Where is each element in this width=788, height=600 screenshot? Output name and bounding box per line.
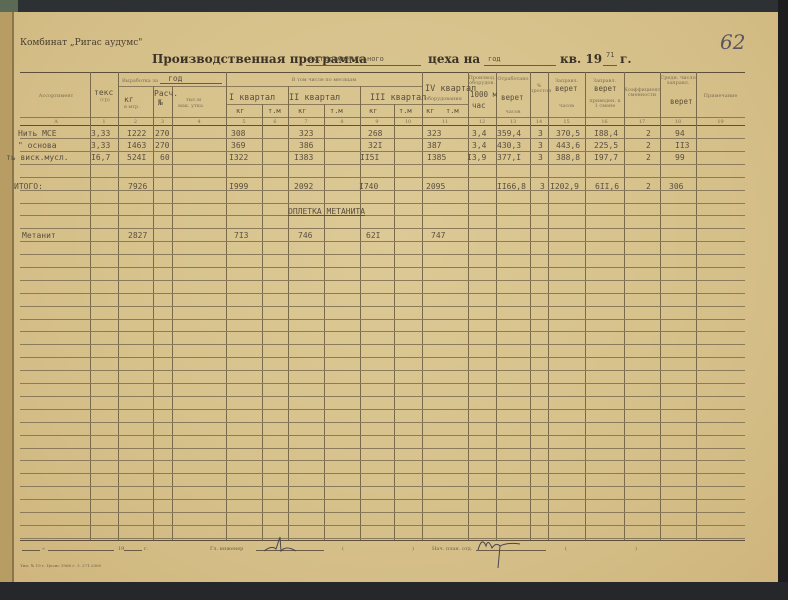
- row-1-q3: 268: [368, 129, 382, 138]
- total-kg: 7926: [128, 182, 147, 191]
- row-3-loaded2: I97,7: [594, 153, 618, 162]
- col-header-avg-count: Средн. число заправл.: [660, 76, 696, 86]
- col-header-calc-sub: №: [158, 98, 163, 107]
- dept-head-signature-icon: [474, 532, 524, 572]
- footer-paren-close-1: ): [412, 546, 414, 552]
- row-1-tex: 3,33: [91, 129, 110, 138]
- scanner-bottom-edge: [0, 582, 788, 600]
- col-header-avg-unit: верет: [670, 97, 693, 106]
- row-rule: [20, 435, 745, 436]
- row-2-coef: 2: [646, 141, 651, 150]
- row-rule: [20, 499, 745, 500]
- footer-dept-head-label: Нач. план. отд.: [432, 546, 472, 552]
- row-1-loaded: 370,5: [556, 129, 580, 138]
- col-header-pct: % простоя: [530, 84, 548, 94]
- row-3-worked: 377,I: [497, 153, 521, 162]
- row-1-kg: I222: [127, 129, 146, 138]
- section-row-kg: 2827: [128, 231, 147, 240]
- col-header-notes: Примечание: [696, 93, 745, 99]
- row-rule: [20, 228, 745, 229]
- row-2-prod: 3,4: [472, 141, 486, 150]
- title-mid: цеха на: [428, 52, 480, 66]
- title-end: г.: [620, 52, 632, 66]
- chief-engineer-signature-icon: [262, 535, 300, 557]
- footer-date-day-line: [22, 550, 40, 551]
- col-header-loaded2-unit: верет: [594, 84, 617, 93]
- col-divider: [262, 104, 263, 540]
- row-rule: [20, 164, 745, 165]
- footer-date-month-line: [48, 550, 114, 551]
- row-rule: [20, 331, 745, 332]
- footer-date-g: г.: [144, 546, 148, 552]
- row-1-pct: 3: [538, 129, 543, 138]
- row-2-kg: I463: [127, 141, 146, 150]
- kg-label-q4: кг: [426, 107, 434, 115]
- row-rule: [20, 319, 745, 320]
- quarters-group-line: [226, 86, 422, 87]
- col-number: 13: [496, 119, 530, 125]
- col-divider: [172, 86, 173, 540]
- print-note: Тип. № 19 г. Цесис 1968 г. З. 271 2000: [20, 563, 101, 568]
- row-3-prod: I3,9: [467, 153, 486, 162]
- row-1-q2: 323: [299, 129, 313, 138]
- col-divider: [394, 104, 395, 540]
- page-number: 62: [720, 30, 745, 54]
- row-rule: [20, 538, 745, 539]
- col-number: 6: [262, 119, 288, 125]
- section-title: ОПЛЕТКА МЕТАНИТА: [288, 207, 365, 216]
- col-header-loaded-unit: верет: [555, 84, 578, 93]
- year-underline: [603, 65, 617, 66]
- footer-paren-open-1: (: [342, 546, 344, 552]
- col-header-assortment: Ассортимент: [22, 93, 90, 99]
- col-header-kg-sub: в мтр.: [124, 104, 140, 110]
- col-header-by-quarters: В том числе по месяцам: [226, 77, 422, 83]
- col-header-shift-coef: Коэффициент сменности: [624, 88, 660, 98]
- tm-label-q1: т.м: [268, 107, 281, 115]
- row-3-coef: 2: [646, 153, 651, 162]
- col-divider: [153, 86, 154, 540]
- row-3-loaded: 388,8: [556, 153, 580, 162]
- col-header-kg: кг: [124, 95, 134, 104]
- col-header-tex: текс: [94, 88, 113, 97]
- row-3-tex: I6,7: [91, 153, 110, 162]
- table-bottom-border: [20, 540, 745, 541]
- row-rule: [20, 512, 745, 513]
- row-rule: [20, 203, 745, 204]
- col-header-productivity: Производ. оборудов.: [468, 76, 496, 86]
- total-q3: I740: [359, 182, 378, 191]
- row-rule: [20, 241, 745, 242]
- scanner-right-edge: [778, 0, 788, 600]
- col-number: А: [22, 119, 90, 125]
- col-number: 7: [288, 119, 324, 125]
- row-rule: [20, 486, 745, 487]
- section-row-name: Метанит: [22, 231, 56, 240]
- row-3-kg: 524I: [127, 153, 146, 162]
- row-rule: [20, 473, 745, 474]
- section-row-q2: 746: [298, 231, 312, 240]
- row-rule: [20, 344, 745, 345]
- section-row-q3: 62I: [366, 231, 380, 240]
- col-number: 17: [624, 119, 660, 125]
- company-name: Комбинат „Ригас аудумс": [20, 38, 142, 48]
- output-period-underline: [160, 83, 222, 84]
- year-suffix: 71: [606, 51, 614, 59]
- row-3-calc: 60: [160, 153, 170, 162]
- section-row-q4: 747: [431, 231, 445, 240]
- footer-paren-close-2: ): [635, 546, 637, 552]
- row-rule: [20, 422, 745, 423]
- col-header-productivity-unit2: час: [472, 101, 486, 110]
- col-header-q3: III квартал: [370, 93, 426, 103]
- row-1-avg: 94: [675, 129, 685, 138]
- col-header-productivity-unit: 1000 м: [470, 90, 497, 99]
- section-row-q1: 7I3: [234, 231, 248, 240]
- department-name: экспериментального: [308, 55, 384, 63]
- col-number: 1: [90, 119, 118, 125]
- kg-label-q2: кг: [298, 107, 306, 115]
- row-rule: [20, 448, 745, 449]
- col-number: 15: [548, 119, 585, 125]
- period-underline: [484, 65, 556, 66]
- scanner-top-edge: [0, 0, 788, 12]
- col-header-thousand-sub: мак. утка: [178, 103, 203, 109]
- col-number: 18: [660, 119, 696, 125]
- kg-label-q1: кг: [236, 107, 244, 115]
- row-2-worked: 430,3: [497, 141, 521, 150]
- row-1-coef: 2: [646, 129, 651, 138]
- row-2-avg: II3: [675, 141, 689, 150]
- row-2-q1: 369: [231, 141, 245, 150]
- col-number: 3: [153, 119, 172, 125]
- row-rule: [20, 409, 745, 410]
- col-number: 8: [324, 119, 360, 125]
- row-2-pct: 3: [538, 141, 543, 150]
- tm-label-q4: т.м: [446, 107, 459, 115]
- row-rule: [20, 138, 745, 139]
- period-value: год: [488, 55, 501, 63]
- row-2-loaded2: 225,5: [594, 141, 618, 150]
- col-number: 4: [172, 119, 226, 125]
- col-divider: [324, 104, 325, 540]
- total-pct: 3: [540, 182, 545, 191]
- total-label: ИТОГО:: [14, 182, 43, 191]
- total-loaded: I202,9: [550, 182, 579, 191]
- scanner-edge-accent: [0, 0, 18, 12]
- col-header-q2: II квартал: [289, 93, 340, 103]
- row-1-prod: 3,4: [472, 129, 486, 138]
- title-kv: кв. 19: [560, 52, 602, 66]
- row-2-q4: 387: [427, 141, 441, 150]
- row-1-q4: 323: [427, 129, 441, 138]
- row-rule: [20, 357, 745, 358]
- department-underline: [306, 65, 421, 66]
- row-2-q2: 386: [299, 141, 313, 150]
- row-2-loaded: 443,6: [556, 141, 580, 150]
- footer-date-quote: «: [42, 546, 45, 552]
- row-3-q2: I383: [294, 153, 313, 162]
- row-rule: [20, 254, 745, 255]
- row-2-q3: 32I: [368, 141, 382, 150]
- col-number: 2: [118, 119, 153, 125]
- row-3-pct: 3: [538, 153, 543, 162]
- total-worked: II66,8: [497, 182, 526, 191]
- tm-label-q2: т.м: [330, 107, 343, 115]
- row-3-q1: I322: [229, 153, 248, 162]
- row-rule: [20, 280, 745, 281]
- row-1-name: Нить МСЕ: [18, 129, 57, 138]
- row-1-worked: 359,4: [497, 129, 521, 138]
- col-header-output-period: год: [168, 74, 182, 83]
- table-top-border: [20, 72, 745, 73]
- row-rule: [20, 151, 745, 152]
- row-1-calc: 270: [155, 129, 169, 138]
- col-number: 12: [468, 119, 496, 125]
- total-avg: 306: [669, 182, 683, 191]
- col-number: 5: [226, 119, 262, 125]
- footer-chief-engineer-label: Гл. инженер: [210, 546, 243, 552]
- header-number-row-top: [20, 117, 745, 118]
- row-rule: [20, 525, 745, 526]
- row-1-loaded2: I88,4: [594, 129, 618, 138]
- col-header-calc: Расч.: [154, 89, 178, 98]
- row-rule: [20, 215, 745, 216]
- col-header-tex-sub: (гр): [92, 97, 118, 103]
- row-rule: [20, 267, 745, 268]
- row-rule: [20, 460, 745, 461]
- col-header-q4-sub: оборудования: [425, 96, 462, 102]
- total-loaded2: 6II,6: [595, 182, 619, 191]
- row-1-q1: 308: [231, 129, 245, 138]
- row-rule: [20, 306, 745, 307]
- total-q1: I999: [229, 182, 248, 191]
- header-bottom-border: [20, 125, 745, 126]
- binding-spine: [0, 12, 14, 582]
- row-2-tex: 3,33: [91, 141, 110, 150]
- col-number: 16: [585, 119, 624, 125]
- footer-paren-open-2: (: [565, 546, 567, 552]
- row-2-calc: 270: [155, 141, 169, 150]
- total-q4: 2095: [426, 182, 445, 191]
- row-rule: [20, 396, 745, 397]
- kg-label-q3: кг: [369, 107, 377, 115]
- col-number: 14: [530, 119, 548, 125]
- row-rule: [20, 177, 745, 178]
- col-header-worked-sub: часов: [496, 109, 530, 115]
- col-number: 11: [422, 119, 468, 125]
- row-rule: [20, 383, 745, 384]
- row-rule: [20, 370, 745, 371]
- col-header-worked-unit: верет: [501, 93, 524, 102]
- col-header-q1: I квартал: [229, 93, 275, 103]
- row-3-q4: I385: [427, 153, 446, 162]
- tm-label-q3: т.м: [399, 107, 412, 115]
- col-divider: [288, 86, 289, 540]
- col-number: 9: [360, 119, 394, 125]
- col-header-loaded-sub: часов: [548, 103, 585, 109]
- row-2-name: " основа: [18, 141, 57, 150]
- col-header-worked: Отработано: [496, 76, 530, 82]
- col-header-loaded2-sub: приведен. к 1 смене: [587, 99, 623, 109]
- col-number: 19: [696, 119, 745, 125]
- row-3-avg: 99: [675, 153, 685, 162]
- row-3-q3: II5I: [360, 153, 379, 162]
- footer-date-year-line: [124, 550, 142, 551]
- row-3-name: ть виск.мусл.: [6, 153, 69, 162]
- footer-date-year: 19: [118, 546, 124, 552]
- row-rule: [20, 293, 745, 294]
- col-number: 10: [394, 119, 422, 125]
- total-q2: 2092: [294, 182, 313, 191]
- col-header-output-for: Выработка за: [122, 78, 158, 84]
- total-coef: 2: [646, 182, 651, 191]
